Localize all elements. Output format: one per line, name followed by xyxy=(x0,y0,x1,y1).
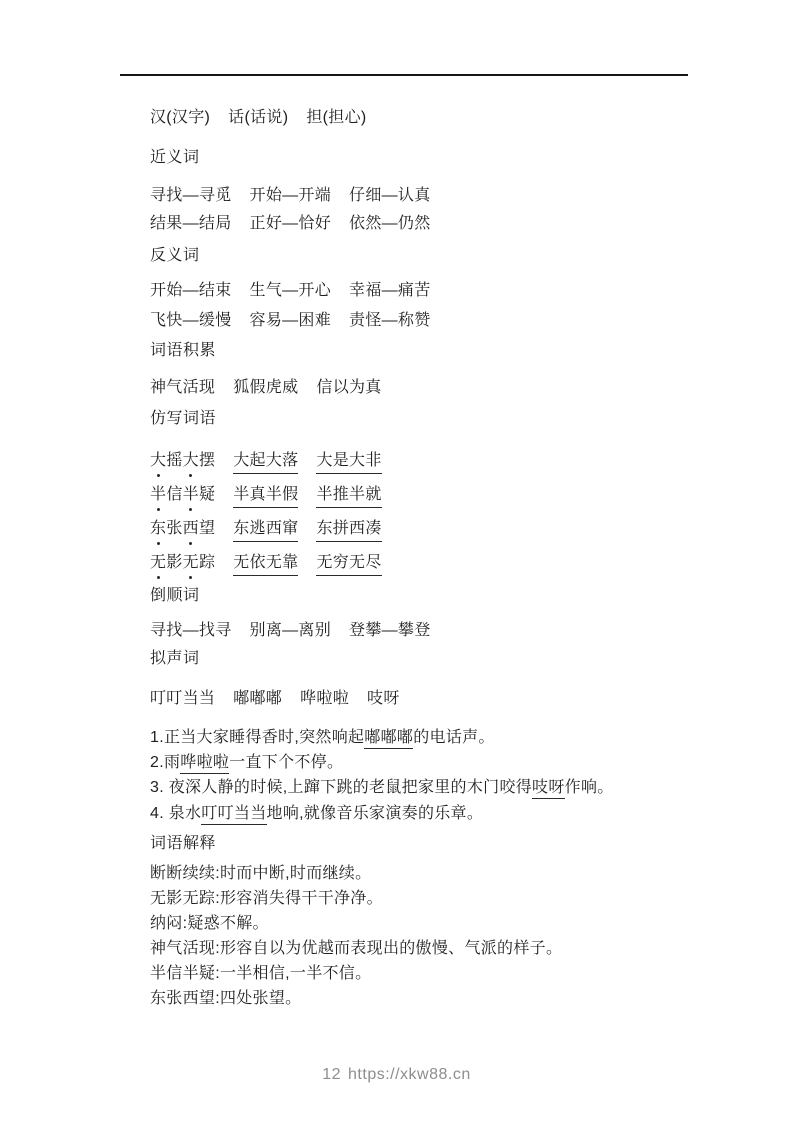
emphasized-char: 疑 xyxy=(199,485,215,505)
word-pair: 寻找—找寻 xyxy=(150,621,232,641)
definition-line: 纳闷:疑惑不解。 xyxy=(150,913,269,935)
accumulation-row: 神气活现狐假虎威信以为真 xyxy=(150,378,382,398)
section-heading-accumulation: 词语积累 xyxy=(150,341,216,361)
word-pair: 生气—开心 xyxy=(250,281,332,301)
header-rule xyxy=(120,74,688,76)
imitation-row: 半信半疑半真半假半推半就 xyxy=(150,485,382,508)
idiom: 神气活现 xyxy=(150,378,215,398)
emphasized-char: 张 xyxy=(166,519,182,539)
formation-word: 话(话说) xyxy=(228,108,288,128)
word-pair: 责怪—称赞 xyxy=(349,311,431,331)
word-pair: 仔细—认真 xyxy=(349,186,431,206)
document-page: 汉(汉字)话(话说)担(担心) 近义词 寻找—寻觅开始—开端仔细—认真 结果—结… xyxy=(0,0,793,1122)
word-pair: 容易—困难 xyxy=(250,311,332,331)
underlined-word: 吱呀 xyxy=(532,779,565,799)
imitation-word: 半真半假 xyxy=(233,485,298,508)
emphasized-char: 摆 xyxy=(199,451,215,471)
onomatopoeia-word: 叮叮当当 xyxy=(150,689,215,709)
sentence-number: 1. xyxy=(150,729,164,746)
imitation-word: 东拼西凑 xyxy=(316,519,381,542)
sentence-number: 2. xyxy=(150,754,164,771)
word-pair: 飞快—缓慢 xyxy=(150,311,232,331)
footer-url: https://xkw88.cn xyxy=(348,1066,471,1083)
definition-line: 神气活现:形容自以为优越而表现出的傲慢、气派的样子。 xyxy=(150,938,562,960)
formation-word: 汉(汉字) xyxy=(150,108,210,128)
imitation-word: 大是大非 xyxy=(316,451,381,474)
word-pair: 正好—恰好 xyxy=(250,214,332,234)
word-pair: 结果—结局 xyxy=(150,214,232,234)
idiom: 狐假虎威 xyxy=(233,378,298,398)
synonym-row: 寻找—寻觅开始—开端仔细—认真 xyxy=(150,186,431,206)
emphasized-char: 影 xyxy=(166,553,182,573)
emphasized-char: 大 xyxy=(150,451,166,471)
emphasized-char: 东 xyxy=(150,519,166,539)
section-heading-imitation: 仿写词语 xyxy=(150,409,216,429)
imitation-word: 无穷无尽 xyxy=(316,553,381,576)
page-footer: 12https://xkw88.cn xyxy=(0,1066,793,1084)
imitation-word: 大起大落 xyxy=(233,451,298,474)
antonym-row: 开始—结束生气—开心幸福—痛苦 xyxy=(150,281,431,301)
word-pair: 幸福—痛苦 xyxy=(349,281,431,301)
emphasized-char: 半 xyxy=(150,485,166,505)
emphasized-char: 踪 xyxy=(199,553,215,573)
imitation-word: 无依无靠 xyxy=(233,553,298,576)
sentence-text: 正当大家睡得香时,突然响起 xyxy=(164,729,364,746)
imitation-row: 大摇大摆大起大落大是大非 xyxy=(150,451,382,474)
example-sentence: 3. 夜深人静的时候,上蹿下跳的老鼠把家里的木门咬得吱呀作响。 xyxy=(150,777,614,799)
synonym-row: 结果—结局正好—恰好依然—仍然 xyxy=(150,214,431,234)
definition-line: 东张西望:四处张望。 xyxy=(150,988,301,1010)
sentence-text: 地响,就像音乐家演奏的乐章。 xyxy=(267,805,484,822)
emphasized-char: 无 xyxy=(150,553,166,573)
underlined-word: 哗啦啦 xyxy=(180,754,229,774)
word-pair: 开始—结束 xyxy=(150,281,232,301)
example-sentence: 4. 泉水叮叮当当地响,就像音乐家演奏的乐章。 xyxy=(150,803,483,825)
definition-line: 断断续续:时而中断,时而继续。 xyxy=(150,863,371,885)
base-word-emphasized: 半信半疑 xyxy=(150,485,215,505)
word-pair: 依然—仍然 xyxy=(349,214,431,234)
example-sentence: 2.雨哗啦啦一直下个不停。 xyxy=(150,752,343,774)
onomatopoeia-word: 吱呀 xyxy=(367,689,400,709)
emphasized-char: 信 xyxy=(166,485,182,505)
emphasized-char: 摇 xyxy=(166,451,182,471)
emphasized-char: 大 xyxy=(183,451,199,471)
sentence-text: 雨 xyxy=(164,754,180,771)
formation-word: 担(担心) xyxy=(306,108,366,128)
definition-line: 无影无踪:形容消失得干干净净。 xyxy=(150,888,383,910)
base-word-emphasized: 东张西望 xyxy=(150,519,215,539)
word-pair: 别离—离别 xyxy=(250,621,332,641)
sentence-number: 4. xyxy=(150,805,164,822)
imitation-row: 东张西望东逃西窜东拼西凑 xyxy=(150,519,382,542)
underlined-word: 叮叮当当 xyxy=(201,805,266,825)
emphasized-char: 西 xyxy=(183,519,199,539)
onomatopoeia-word: 哗啦啦 xyxy=(300,689,349,709)
imitation-word: 东逃西窜 xyxy=(233,519,298,542)
onomatopoeia-word: 嘟嘟嘟 xyxy=(233,689,282,709)
imitation-word: 半推半就 xyxy=(316,485,381,508)
sentence-text: 泉水 xyxy=(164,805,201,822)
base-word-emphasized: 无影无踪 xyxy=(150,553,215,573)
section-heading-onomatopoeia: 拟声词 xyxy=(150,649,200,669)
sentence-text: 的电话声。 xyxy=(413,729,495,746)
section-heading-definitions: 词语解释 xyxy=(150,834,216,854)
imitation-row: 无影无踪无依无靠无穷无尽 xyxy=(150,553,382,576)
sentence-text: 夜深人静的时候,上蹿下跳的老鼠把家里的木门咬得 xyxy=(164,779,532,796)
page-number: 12 xyxy=(322,1066,341,1083)
idiom: 信以为真 xyxy=(316,378,381,398)
section-heading-reversible: 倒顺词 xyxy=(150,586,200,606)
sentence-text: 一直下个不停。 xyxy=(229,754,343,771)
sentence-text: 作响。 xyxy=(565,779,614,796)
antonym-row: 飞快—缓慢容易—困难责怪—称赞 xyxy=(150,311,431,331)
word-pair: 登攀—攀登 xyxy=(349,621,431,641)
emphasized-char: 望 xyxy=(199,519,215,539)
definition-line: 半信半疑:一半相信,一半不信。 xyxy=(150,963,371,985)
word-pair: 寻找—寻觅 xyxy=(150,186,232,206)
formation-words-line: 汉(汉字)话(话说)担(担心) xyxy=(150,108,367,128)
sentence-number: 3. xyxy=(150,779,164,796)
underlined-word: 嘟嘟嘟 xyxy=(364,729,413,749)
word-pair: 开始—开端 xyxy=(250,186,332,206)
base-word-emphasized: 大摇大摆 xyxy=(150,451,215,471)
example-sentence: 1.正当大家睡得香时,突然响起嘟嘟嘟的电话声。 xyxy=(150,727,495,749)
emphasized-char: 无 xyxy=(183,553,199,573)
section-heading-synonyms: 近义词 xyxy=(150,148,200,168)
onomatopoeia-row: 叮叮当当嘟嘟嘟哗啦啦吱呀 xyxy=(150,689,400,709)
section-heading-antonyms: 反义词 xyxy=(150,246,200,266)
reversible-row: 寻找—找寻别离—离别登攀—攀登 xyxy=(150,621,431,641)
emphasized-char: 半 xyxy=(183,485,199,505)
